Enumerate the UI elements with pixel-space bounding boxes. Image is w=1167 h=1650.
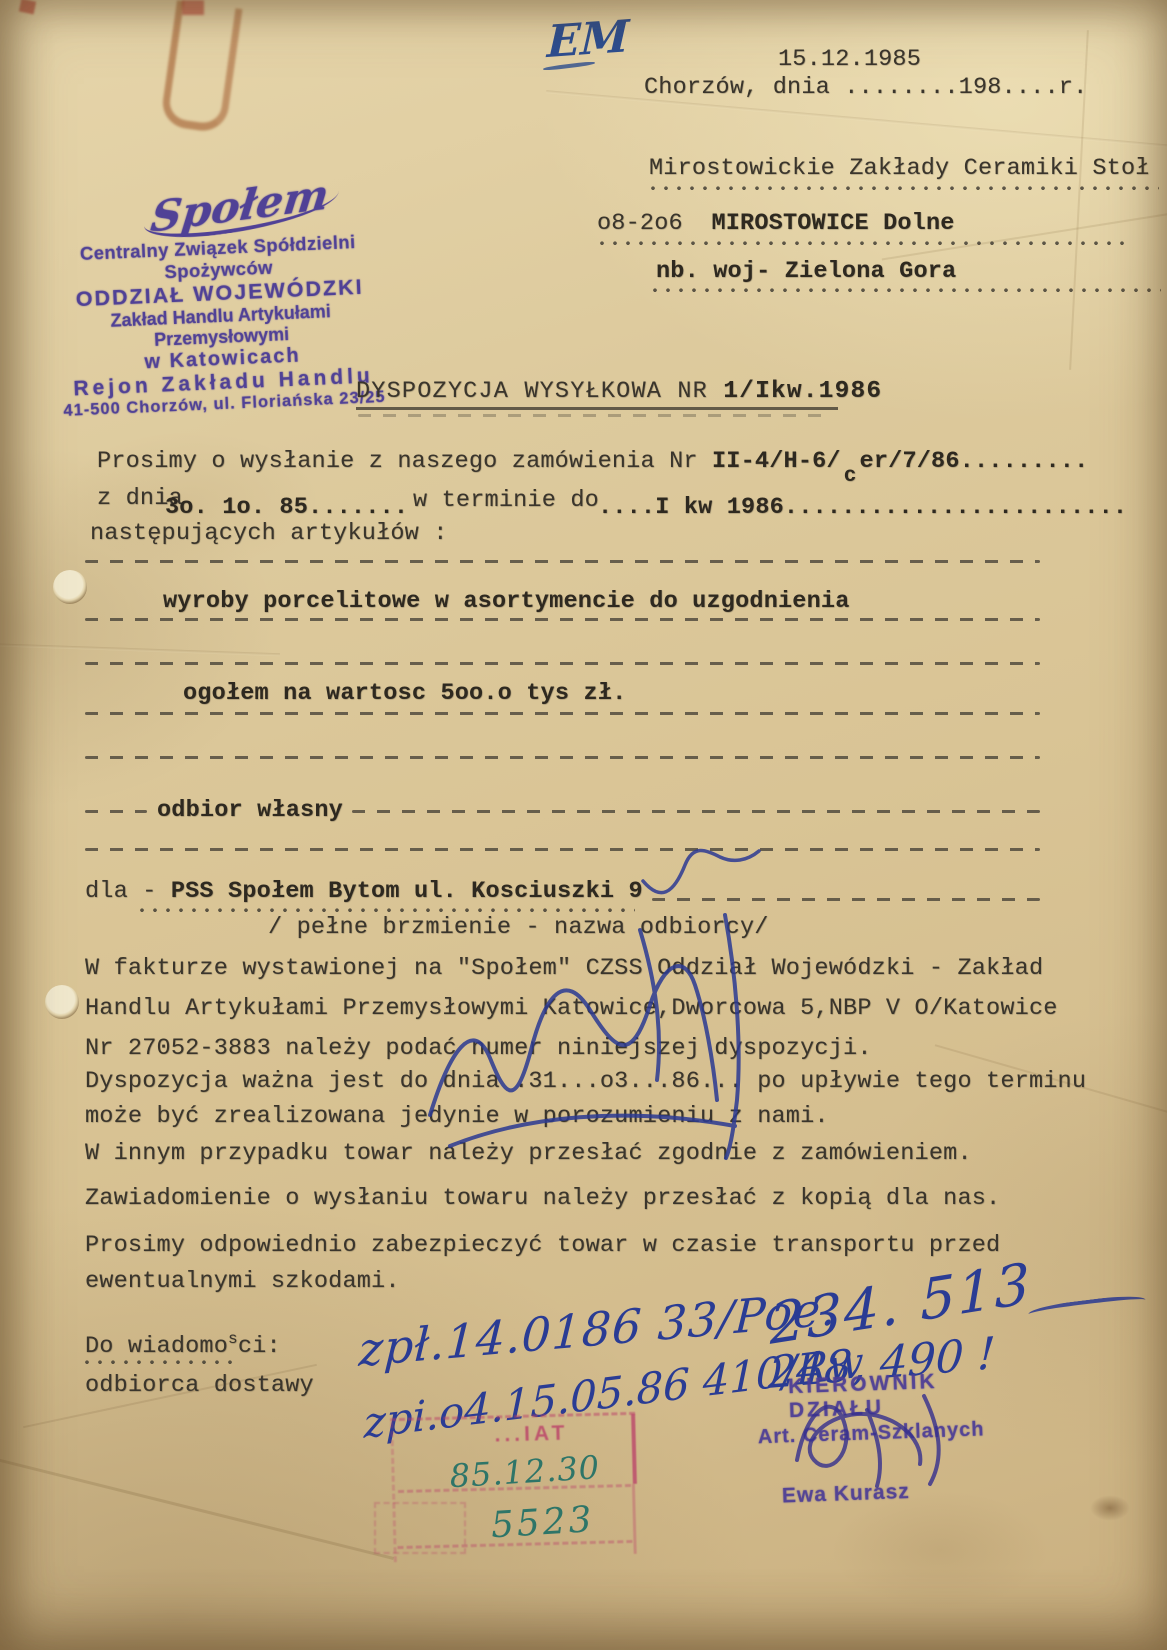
dashed-separator: [85, 618, 1040, 621]
dashed-separator: [352, 810, 1040, 813]
item-line-3: odbior własny: [157, 797, 343, 824]
faint-red-box: [374, 1502, 466, 1554]
order-number-rest: er/7/86.........: [860, 448, 1089, 475]
cc-pre: Do wiadomo: [85, 1333, 228, 1360]
paper-stain: [1090, 1495, 1130, 1521]
dashed-separator: [85, 810, 147, 813]
recipient-name: Mirostowickie Zakłady Ceramiki Stoł: [649, 155, 1150, 182]
cc-superscript: s: [228, 1330, 238, 1348]
place-date-line: Chorzów, dnia ........198....r.: [644, 74, 1087, 101]
dashed-separator: [85, 560, 1040, 563]
request-line2-mid: w terminie do: [413, 487, 599, 514]
item-line-1: wyroby porcelitowe w asortymencie do uzg…: [163, 588, 850, 615]
city-name: MIROSTOWICE Dolne: [711, 210, 954, 237]
terms-line: ewentualnymi szkodami.: [85, 1268, 400, 1295]
manager-signature-scrawl: [772, 1382, 1002, 1492]
handwritten-initials: EM: [546, 11, 630, 68]
dashed-separator: [85, 662, 1040, 665]
request-line-3: następujących artykułów :: [90, 520, 448, 547]
order-number-insert: c: [844, 465, 857, 488]
request-pre: Prosimy o wysłanie z naszego zamówienia …: [97, 448, 712, 475]
paper-stain: [830, 1490, 1050, 1610]
cc-post: ci:: [238, 1333, 281, 1360]
request-line2-term: ....I kw 1986........................: [598, 494, 1127, 521]
signature-scrawl: [395, 900, 775, 1165]
red-edge-mark: [182, 0, 204, 15]
terms-line: Zawiadomienie o wysłaniu towaru należy p…: [85, 1185, 1000, 1212]
registry-number: 5523: [490, 1499, 596, 1546]
recipient-address: o8-2o6 MIROSTOWICE Dolne: [597, 210, 955, 237]
postal-code: o8-2o6: [597, 210, 683, 237]
dotted-underline: [600, 241, 1132, 246]
title-text: DYSPOZYCJA WYSYŁKOWA NR: [356, 378, 723, 405]
hole-punch: [53, 570, 87, 604]
stamp-border-right-low: [632, 1484, 637, 1554]
title-underline-faint: [358, 414, 828, 417]
stamp-border-right: [631, 1414, 637, 1484]
paperclip-rust-mark: [160, 0, 243, 134]
dotted-underline: [85, 1360, 235, 1365]
request-line-1: Prosimy o wysłanie z naszego zamówienia …: [97, 448, 1088, 475]
terms-line: Prosimy odpowiednio zabezpieczyć towar w…: [85, 1232, 1000, 1259]
order-number: II-4/H-6/: [712, 448, 841, 475]
item-line-2: ogołem na wartosc 5oo.o tys zł.: [183, 680, 626, 707]
crease-line: [0, 1453, 394, 1560]
dashed-separator: [85, 712, 1040, 715]
dotted-underline: [653, 288, 1161, 293]
title-number: 1/Ikw.1986: [723, 378, 882, 405]
document-title: DYSPOZYCJA WYSYŁKOWA NR 1/Ikw.1986: [356, 378, 882, 405]
sender-rubber-stamp: Społem Centralny Związek Spółdzielni Spo…: [45, 179, 395, 422]
cc-label: Do wiadomosci:: [85, 1330, 281, 1360]
red-edge-mark: [19, 0, 36, 14]
handwritten-dash: [1028, 1293, 1147, 1321]
scanned-document: EM 15.12.1985 Chorzów, dnia ........198.…: [0, 0, 1167, 1650]
checkmark-scrawl: [635, 843, 765, 908]
spacer: [683, 210, 712, 237]
dotted-underline: [651, 186, 1159, 191]
title-underline: [356, 407, 838, 410]
dashed-separator: [85, 756, 1040, 759]
dashed-separator: [85, 848, 1040, 851]
stamp-header-fragment: ...IAT: [494, 1422, 568, 1448]
recipient-region: nb. woj- Zielona Gora: [656, 258, 956, 285]
hole-punch: [45, 985, 79, 1019]
request-line2-date: 3o. 1o. 85.......: [165, 494, 408, 521]
crease-line: [0, 643, 280, 656]
cc-value: odbiorca dostawy: [85, 1372, 314, 1399]
typed-date: 15.12.1985: [778, 46, 921, 73]
for-label: dla -: [85, 878, 171, 905]
